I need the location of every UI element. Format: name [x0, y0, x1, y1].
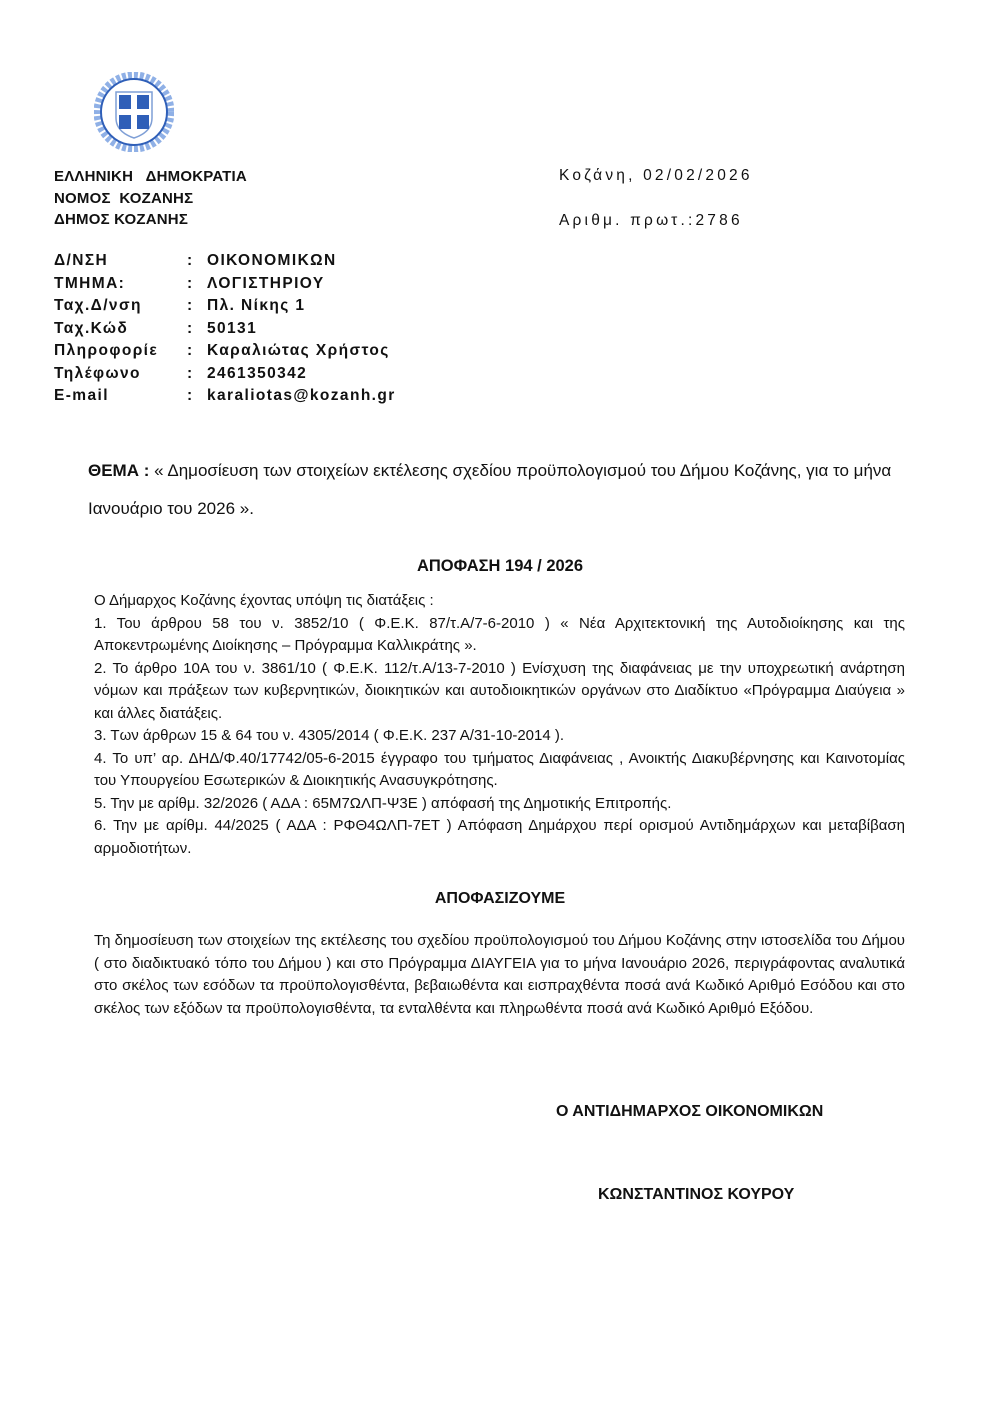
signatory-title: Ο ΑΝΤΙΔΗΜΑΡΧΟΣ ΟΙΚΟΝΟΜΙΚΩΝ: [556, 1103, 823, 1121]
info-separator: :: [187, 363, 207, 386]
consideration-item: 4. Το υπ’ αρ. ΔΗΔ/Φ.40/17742/05-6-2015 έ…: [94, 748, 905, 793]
considerations-intro: Ο Δήμαρχος Κοζάνης έχοντας υπόψη τις δια…: [94, 590, 905, 613]
info-label: ΤΜΗΜΑ:: [54, 273, 187, 296]
decision-title: ΑΠΟΦΑΣΗ 194 / 2026: [0, 557, 1000, 576]
info-row: E-mail:karaliotas@kozanh.gr: [54, 385, 396, 408]
info-row: ΤΜΗΜΑ::ΛΟΓΙΣΤΗΡΙΟΥ: [54, 273, 396, 296]
info-value[interactable]: karaliotas@kozanh.gr: [207, 385, 396, 408]
info-label: Τηλέφωνο: [54, 363, 187, 386]
decide-title: ΑΠΟΦΑΣΙΖΟΥΜΕ: [0, 890, 1000, 908]
protocol-number: Αριθμ. πρωτ.:2786: [559, 212, 743, 230]
info-label: Ταχ.Δ/νση: [54, 295, 187, 318]
info-separator: :: [187, 250, 207, 273]
info-row: Δ/ΝΣΗ:ΟΙΚΟΝΟΜΙΚΩΝ: [54, 250, 396, 273]
info-separator: :: [187, 318, 207, 341]
info-value: ΟΙΚΟΝΟΜΙΚΩΝ: [207, 250, 337, 273]
consideration-item: 1. Του άρθρου 58 του ν. 3852/10 ( Φ.Ε.Κ.…: [94, 613, 905, 658]
info-label: Δ/ΝΣΗ: [54, 250, 187, 273]
header-line: ΝΟΜΟΣ ΚΟΖΑΝΗΣ: [54, 188, 247, 210]
considerations-list: 1. Του άρθρου 58 του ν. 3852/10 ( Φ.Ε.Κ.…: [94, 613, 905, 861]
header-line: ΕΛΛΗΝΙΚΗ ΔΗΜΟΚΡΑΤΙΑ: [54, 166, 247, 188]
subject: ΘΕΜΑ : « Δημοσίευση των στοιχείων εκτέλε…: [88, 452, 908, 528]
info-row: Τηλέφωνο:2461350342: [54, 363, 396, 386]
consideration-item: 6. Την με αρίθμ. 44/2025 ( ΑΔΑ : ΡΦΘ4ΩΛΠ…: [94, 815, 905, 860]
decide-text: Τη δημοσίευση των στοιχείων της εκτέλεση…: [94, 930, 905, 1020]
header-line: ΔΗΜΟΣ ΚΟΖΑΝΗΣ: [54, 209, 247, 231]
info-separator: :: [187, 273, 207, 296]
info-row: Ταχ.Δ/νση:Πλ. Νίκης 1: [54, 295, 396, 318]
info-row: Πληροφορίε:Καραλιώτας Χρήστος: [54, 340, 396, 363]
info-label: E-mail: [54, 385, 187, 408]
info-separator: :: [187, 295, 207, 318]
signatory-name: ΚΩΝΣΤΑΝΤΙΝΟΣ ΚΟΥΡΟΥ: [598, 1186, 794, 1204]
info-value: ΛΟΓΙΣΤΗΡΙΟΥ: [207, 273, 325, 296]
info-value: Καραλιώτας Χρήστος: [207, 340, 390, 363]
info-value: Πλ. Νίκης 1: [207, 295, 305, 318]
greek-coat-of-arms-icon: [94, 72, 174, 152]
info-row: Ταχ.Κώδ:50131: [54, 318, 396, 341]
contact-info-table: Δ/ΝΣΗ:ΟΙΚΟΝΟΜΙΚΩΝΤΜΗΜΑ::ΛΟΓΙΣΤΗΡΙΟΥΤαχ.Δ…: [54, 250, 396, 408]
info-label: Ταχ.Κώδ: [54, 318, 187, 341]
subject-text: « Δημοσίευση των στοιχείων εκτέλεσης σχε…: [88, 461, 891, 518]
consideration-item: 5. Την με αρίθμ. 32/2026 ( ΑΔΑ : 65Μ7ΩΛΠ…: [94, 793, 905, 816]
document-date: Κοζάνη, 02/02/2026: [559, 167, 753, 185]
info-value: 50131: [207, 318, 257, 341]
decision-considerations: Ο Δήμαρχος Κοζάνης έχοντας υπόψη τις δια…: [94, 590, 905, 860]
subject-label: ΘΕΜΑ :: [88, 461, 149, 480]
info-label: Πληροφορίε: [54, 340, 187, 363]
consideration-item: 2. Το άρθρο 10Α του ν. 3861/10 ( Φ.Ε.Κ. …: [94, 658, 905, 726]
info-separator: :: [187, 385, 207, 408]
info-value: 2461350342: [207, 363, 307, 386]
issuer-header: ΕΛΛΗΝΙΚΗ ΔΗΜΟΚΡΑΤΙΑ ΝΟΜΟΣ ΚΟΖΑΝΗΣ ΔΗΜΟΣ …: [54, 166, 247, 231]
info-separator: :: [187, 340, 207, 363]
consideration-item: 3. Των άρθρων 15 & 64 του ν. 4305/2014 (…: [94, 725, 905, 748]
